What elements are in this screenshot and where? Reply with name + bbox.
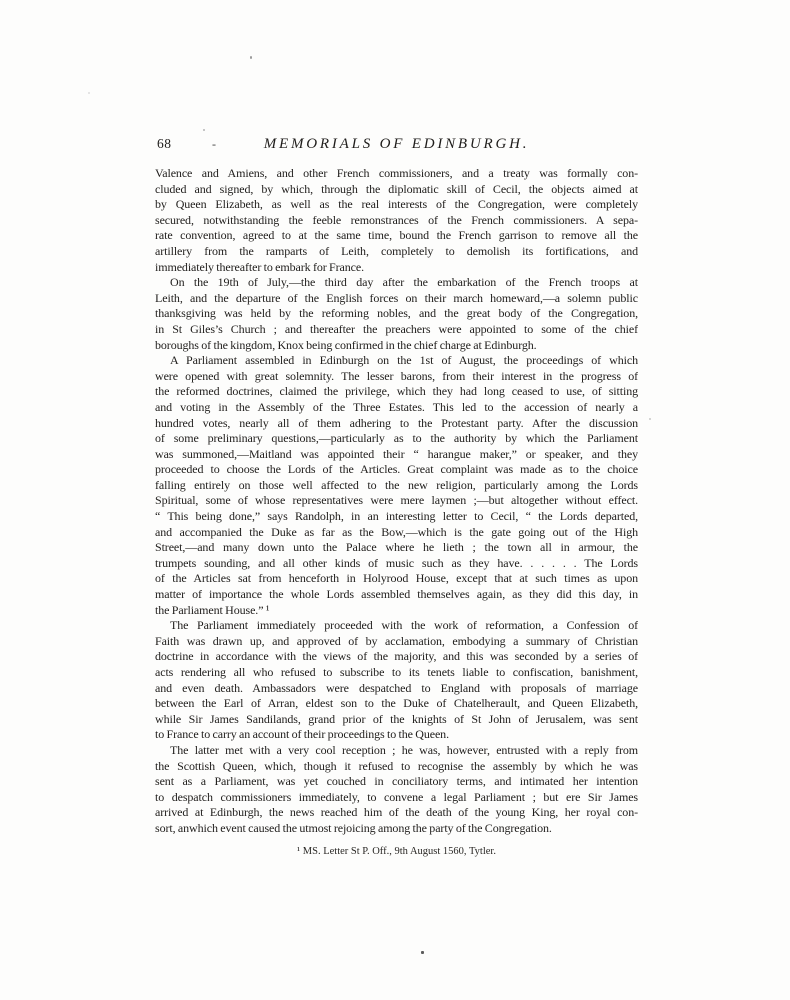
text-line: immediately thereafter to embark for Fra… <box>155 260 638 276</box>
running-title: MEMORIALS OF EDINBURGH. <box>155 136 638 153</box>
scan-speck <box>250 56 252 59</box>
paragraph: The Parliament immediately proceeded wit… <box>155 618 638 743</box>
scan-speck <box>88 92 90 94</box>
text-line: proceeded to choose the Lords of the Art… <box>155 462 638 478</box>
text-line: doctrine in accordance with the views of… <box>155 649 638 665</box>
text-line: in St Giles’s Church ; and thereafter th… <box>155 322 638 338</box>
text-line: while Sir James Sandilands, grand prior … <box>155 712 638 728</box>
scan-speck <box>203 129 205 131</box>
text-line: The latter met with a very cool receptio… <box>155 743 638 759</box>
text-line: and even death. Ambassadors were despatc… <box>155 681 638 697</box>
text-line: A Parliament assembled in Edinburgh on t… <box>155 353 638 369</box>
text-line: thanksgiving was held by the reforming n… <box>155 306 638 322</box>
text-line: between the Earl of Arran, eldest son to… <box>155 696 638 712</box>
text-line: to despatch commissioners immediately, t… <box>155 790 638 806</box>
text-line: of some preliminary questions,—particula… <box>155 431 638 447</box>
text-line: matter of importance the whole Lords ass… <box>155 587 638 603</box>
text-line: cluded and signed, by which, through the… <box>155 182 638 198</box>
text-line: the Scottish Queen, which, though it ref… <box>155 759 638 775</box>
text-line: Spiritual, some of whose representatives… <box>155 493 638 509</box>
footnote: ¹ MS. Letter St P. Off., 9th August 1560… <box>155 846 638 857</box>
text-line: sort, anwhich event caused the utmost re… <box>155 821 638 837</box>
text-column: 68 - MEMORIALS OF EDINBURGH. Valence and… <box>155 136 638 857</box>
text-line: rate convention, agreed to at the same t… <box>155 228 638 244</box>
text-line: arrived at Edinburgh, the news reached h… <box>155 805 638 821</box>
text-line: “ This being done,” says Randolph, in an… <box>155 509 638 525</box>
text-line: the reformed doctrines, claimed the priv… <box>155 384 638 400</box>
text-line: On the 19th of July,—the third day after… <box>155 275 638 291</box>
text-line: acts rendering all who refused to subscr… <box>155 665 638 681</box>
text-line: The Parliament immediately proceeded wit… <box>155 618 638 634</box>
paragraph: On the 19th of July,—the third day after… <box>155 275 638 353</box>
text-line: the Parliament House.” ¹ <box>155 603 638 619</box>
page-number: 68 <box>157 136 172 152</box>
text-line: falling entirely on those well affected … <box>155 478 638 494</box>
text-line: of the Articles sat from henceforth in H… <box>155 571 638 587</box>
text-line: artillery from the ramparts of Leith, co… <box>155 244 638 260</box>
header-mark: - <box>212 137 216 152</box>
paragraph: A Parliament assembled in Edinburgh on t… <box>155 353 638 618</box>
paragraph: Valence and Amiens, and other French com… <box>155 166 638 275</box>
paragraph: The latter met with a very cool receptio… <box>155 743 638 837</box>
text-line: were opened with great solemnity. The le… <box>155 369 638 385</box>
text-line: was summoned,—Maitland was appointed the… <box>155 447 638 463</box>
scan-speck <box>421 951 424 954</box>
scan-speck <box>649 418 651 420</box>
text-line: Leith, and the departure of the English … <box>155 291 638 307</box>
text-line: hundred votes, nearly all of them adheri… <box>155 416 638 432</box>
page-body: Valence and Amiens, and other French com… <box>155 166 638 837</box>
text-line: and voting in the Assembly of the Three … <box>155 400 638 416</box>
text-line: sent as a Parliament, was yet couched in… <box>155 774 638 790</box>
text-line: Faith was drawn up, and approved of by a… <box>155 634 638 650</box>
book-page: 68 - MEMORIALS OF EDINBURGH. Valence and… <box>0 0 790 1000</box>
text-line: to France to carry an account of their p… <box>155 727 638 743</box>
text-line: boroughs of the kingdom, Knox being conf… <box>155 338 638 354</box>
text-line: Valence and Amiens, and other French com… <box>155 166 638 182</box>
text-line: trumpets sounding, and all other kinds o… <box>155 556 638 572</box>
text-line: Street,—and many down unto the Palace wh… <box>155 540 638 556</box>
running-head: 68 - MEMORIALS OF EDINBURGH. <box>155 136 638 156</box>
text-line: and accompanied the Duke as far as the B… <box>155 525 638 541</box>
text-line: secured, notwithstanding the feeble remo… <box>155 213 638 229</box>
text-line: by Queen Elizabeth, as well as the real … <box>155 197 638 213</box>
